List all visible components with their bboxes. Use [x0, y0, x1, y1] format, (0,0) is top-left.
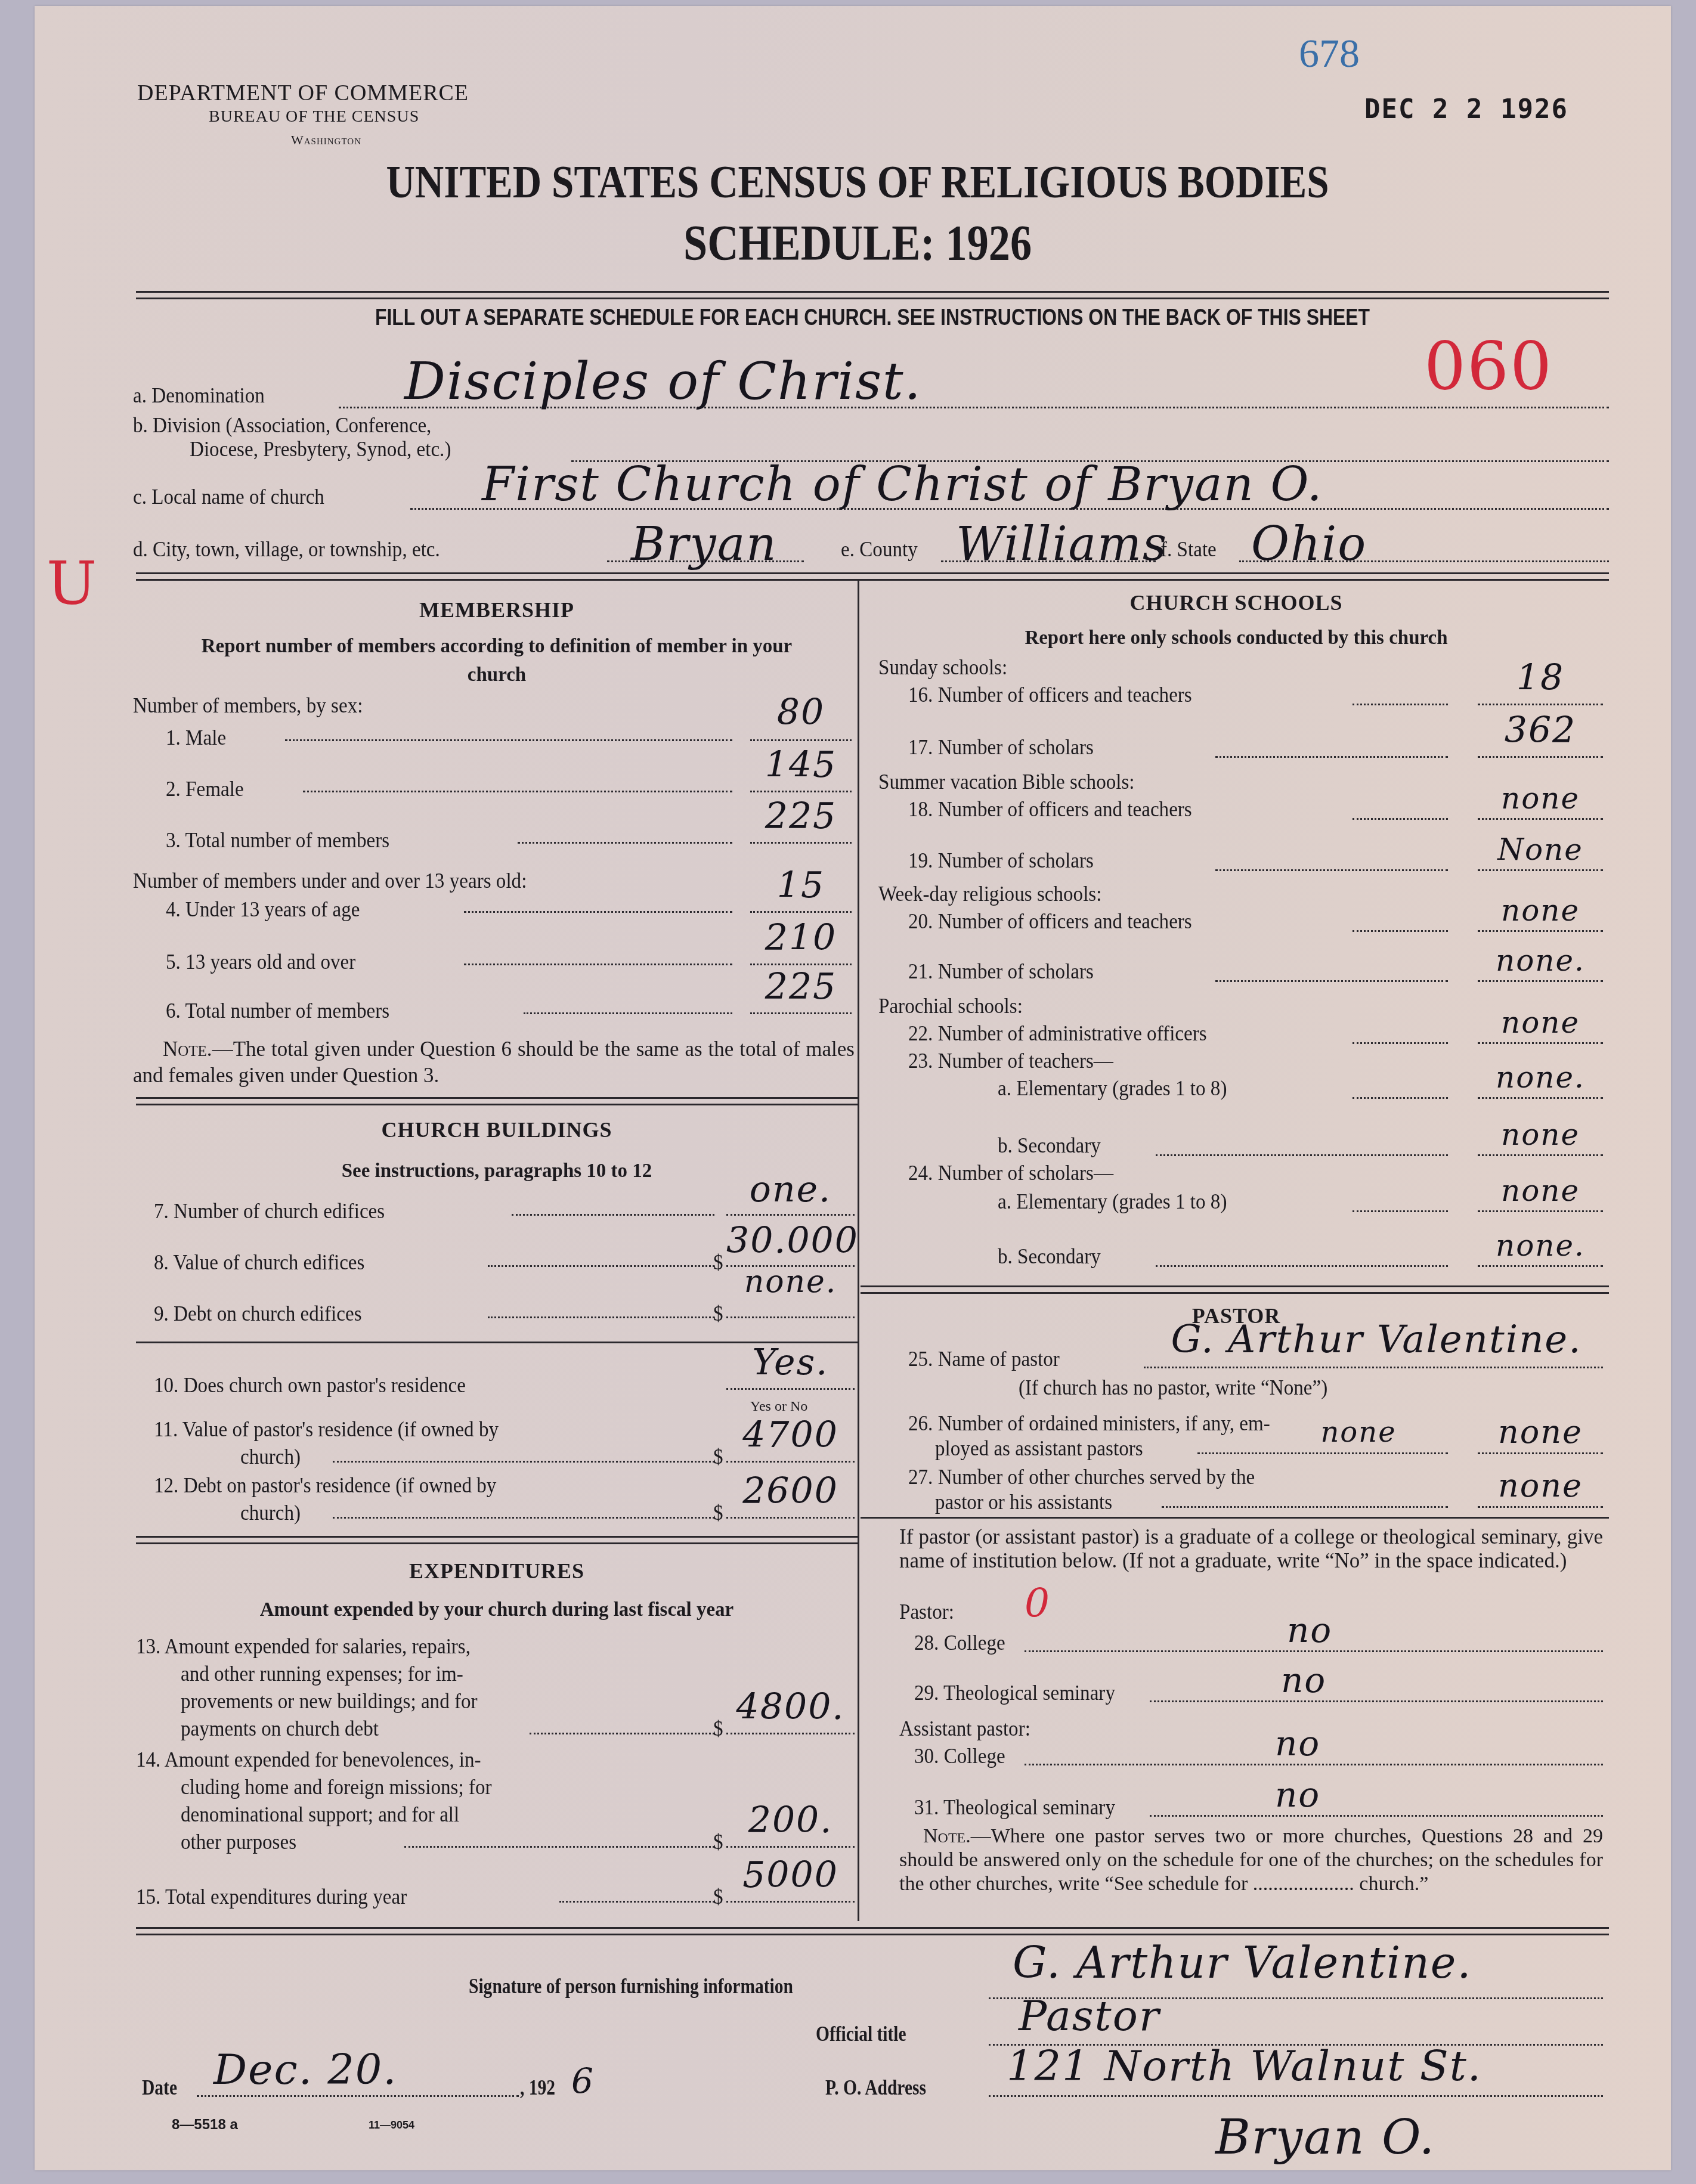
q23b-label: b. Secondary [998, 1133, 1101, 1158]
q11-currency: $ [713, 1444, 723, 1469]
q2-female-field[interactable]: 145 [750, 744, 852, 786]
q17-leader [1215, 756, 1448, 758]
q19-leader [1215, 869, 1448, 871]
q23a-line [1478, 1097, 1603, 1099]
q24b-leader [1156, 1265, 1448, 1267]
membership-note-lead: Note. [163, 1037, 212, 1061]
q26-field[interactable]: none [1478, 1413, 1603, 1451]
q15-total-field[interactable]: 5000 [726, 1854, 855, 1896]
q3-total-field[interactable]: 225 [750, 795, 852, 837]
q31-line [1150, 1815, 1603, 1817]
q5-13plus-field[interactable]: 210 [750, 917, 852, 959]
q4-leader [464, 911, 732, 913]
pastor-note: Note.—Where one pastor serves two or mor… [899, 1824, 1603, 1896]
header-divider [136, 291, 1609, 293]
expenditures-subtitle: Amount expended by your church during la… [136, 1596, 858, 1624]
q14-label-line3: denominational support; and for all [181, 1802, 459, 1827]
membership-subtitle: Report number of members according to de… [196, 632, 798, 689]
q1-male-label: 1. Male [166, 725, 226, 750]
q20-label: 20. Number of officers and teachers [908, 909, 1192, 934]
q20-leader [1353, 930, 1448, 932]
q15-line [726, 1901, 855, 1903]
q11-value-field[interactable]: 4700 [726, 1414, 855, 1456]
form-number: 8—5518 a [172, 2117, 238, 2133]
department-name: DEPARTMENT OF COMMERCE [137, 80, 469, 106]
q14-line [726, 1846, 855, 1848]
signature-field[interactable]: G. Arthur Valentine. [1013, 1938, 1472, 1988]
members-by-age-label: Number of members under and over 13 year… [133, 868, 527, 893]
q22-leader [1353, 1042, 1448, 1044]
q29-label: 29. Theological seminary [914, 1680, 1115, 1705]
q16-leader [1353, 704, 1448, 705]
q26-label-line2: ployed as assistant pastors [935, 1436, 1143, 1461]
q7-line [726, 1214, 855, 1216]
q1-male-field[interactable]: 80 [750, 692, 852, 733]
county-label: e. County [841, 537, 918, 562]
division-label-line2: Diocese, Presbytery, Synod, etc.) [190, 436, 451, 461]
education-intro: If pastor (or assistant pastor) is a gra… [899, 1525, 1603, 1573]
fill-out-instruction: FILL OUT A SEPARATE SCHEDULE FOR EACH CH… [254, 305, 1491, 331]
membership-divider [136, 1097, 858, 1099]
denomination-label: a. Denomination [133, 383, 265, 408]
q24b-field[interactable]: none. [1478, 1228, 1603, 1263]
q20-field[interactable]: none [1478, 893, 1603, 928]
q4-under13-field[interactable]: 15 [750, 865, 852, 906]
q2-female-label: 2. Female [166, 776, 244, 801]
date-line [197, 2095, 519, 2097]
signature-label: Signature of person furnishing informati… [469, 1974, 793, 1999]
state-label: f. State [1160, 537, 1217, 562]
q3-line [750, 842, 852, 844]
county-field[interactable]: Williams [956, 518, 1168, 571]
q2-line [750, 791, 852, 792]
q16-field[interactable]: 18 [1478, 657, 1603, 699]
print-code: 11—9054 [369, 2119, 414, 2132]
q17-line [1478, 756, 1603, 758]
q19-line [1478, 869, 1603, 871]
identification-divider [136, 572, 1609, 574]
q7-edifices-field[interactable]: one. [726, 1169, 855, 1210]
q1-leader [285, 739, 732, 741]
q29-field[interactable]: no [1281, 1660, 1326, 1700]
q13-leader [530, 1733, 714, 1734]
q11-line [726, 1461, 855, 1463]
q27-field[interactable]: none [1478, 1467, 1603, 1504]
church-buildings-title: CHURCH BUILDINGS [136, 1117, 858, 1142]
po-address-line1-field[interactable]: 121 North Walnut St. [1007, 2042, 1482, 2090]
q18-line [1478, 818, 1603, 820]
q24b-label: b. Secondary [998, 1244, 1101, 1269]
q8-value-label: 8. Value of church edifices [154, 1250, 364, 1275]
q18-label: 18. Number of officers and teachers [908, 797, 1192, 822]
q4-under13-label: 4. Under 13 years of age [166, 897, 360, 922]
q24a-field[interactable]: none [1478, 1173, 1603, 1208]
q8-leader [488, 1265, 714, 1267]
q10-yes-no-hint: Yes or No [750, 1399, 807, 1415]
q14-label-line2: cluding home and foreign missions; for [181, 1774, 492, 1799]
expenditures-title: EXPENDITURES [136, 1559, 858, 1584]
church-schools-title: CHURCH SCHOOLS [864, 590, 1609, 615]
q23b-field[interactable]: none [1478, 1117, 1603, 1152]
q25-pastor-name-field[interactable]: G. Arthur Valentine. [1150, 1318, 1603, 1362]
red-code-annotation: 060 [1424, 328, 1553, 404]
q2-leader [303, 791, 732, 792]
q11-label-line2: church) [240, 1444, 301, 1469]
q3-leader [518, 842, 732, 844]
pastor-note-lead: Note. [923, 1825, 971, 1847]
q26-leader [1197, 1452, 1448, 1454]
q23b-line [1478, 1154, 1603, 1156]
q21-label: 21. Number of scholars [908, 959, 1094, 984]
q12-currency: $ [713, 1500, 723, 1525]
q22-label: 22. Number of administrative officers [908, 1021, 1207, 1046]
q19-label: 19. Number of scholars [908, 848, 1094, 873]
q28-field[interactable]: no [1287, 1610, 1332, 1650]
schools-divider [861, 1285, 1609, 1287]
date-label: Date [142, 2075, 177, 2100]
q24-label: 24. Number of scholars— [908, 1160, 1113, 1185]
census-schedule-sheet: DEPARTMENT OF COMMERCE BUREAU OF THE CEN… [35, 6, 1671, 2170]
q13-label-line1: 13. Amount expended for salaries, repair… [136, 1634, 471, 1659]
file-number-stamp: 678 [1299, 30, 1360, 77]
q27-label-line2: pastor or his assistants [935, 1489, 1112, 1514]
q26-line [1478, 1452, 1603, 1454]
q19-field[interactable]: None [1478, 832, 1603, 867]
q4-line [750, 911, 852, 913]
q23a-field[interactable]: none. [1478, 1060, 1603, 1095]
q11-label-line1: 11. Value of pastor's residence (if owne… [154, 1417, 499, 1442]
q23a-leader [1353, 1097, 1448, 1099]
q9-currency: $ [713, 1301, 723, 1326]
q15-leader [559, 1901, 714, 1903]
q5-leader [464, 964, 732, 965]
po-address-line2-field[interactable]: Bryan O. [1215, 2109, 1435, 2165]
q29-line [1150, 1700, 1603, 1702]
q10-residence-label: 10. Does church own pastor's residence [154, 1373, 466, 1398]
q17-label: 17. Number of scholars [908, 735, 1094, 760]
red-tick-mark: 0 [1025, 1580, 1050, 1626]
bureau-name: BUREAU OF THE CENSUS [209, 107, 419, 126]
city-label: d. City, town, village, or township, etc… [133, 537, 440, 562]
summer-schools-label: Summer vacation Bible schools: [878, 769, 1135, 794]
q16-line [1478, 704, 1603, 705]
form-title: UNITED STATES CENSUS OF RELIGIOUS BODIES [242, 155, 1473, 209]
q14-leader [404, 1846, 714, 1848]
q27-line [1478, 1506, 1603, 1508]
parochial-schools-label: Parochial schools: [878, 993, 1023, 1018]
q28-label: 28. College [914, 1630, 1005, 1655]
q13-label-line4: payments on church debt [181, 1716, 379, 1741]
q24a-line [1478, 1210, 1603, 1212]
official-title-field[interactable]: Pastor [1019, 1991, 1160, 2040]
q22-field[interactable]: none [1478, 1005, 1603, 1040]
q10-line [726, 1388, 855, 1390]
membership-title: MEMBERSHIP [136, 597, 858, 622]
q13-line [726, 1733, 855, 1734]
q14-label-line1: 14. Amount expended for benevolences, in… [136, 1747, 481, 1772]
q24a-leader [1353, 1210, 1448, 1212]
q21-leader [1215, 980, 1448, 982]
q22-line [1478, 1042, 1603, 1044]
q31-field[interactable]: no [1275, 1774, 1320, 1815]
q23b-leader [1156, 1154, 1448, 1156]
q15-total-label: 15. Total expenditures during year [136, 1884, 407, 1909]
q12-leader [333, 1517, 714, 1519]
membership-note: Note.—The total given under Question 6 s… [133, 1036, 855, 1089]
q26-inline-annotation: none [1287, 1415, 1430, 1449]
city-field[interactable]: Bryan [631, 518, 777, 571]
q8-currency: $ [713, 1250, 723, 1275]
year-prefix: , 192 [520, 2075, 555, 2100]
q12-line [726, 1517, 855, 1519]
q6-total-field[interactable]: 225 [750, 966, 852, 1008]
q13-currency: $ [713, 1716, 723, 1741]
membership-note-text: —The total given under Question 6 should… [133, 1037, 855, 1087]
q18-leader [1353, 818, 1448, 820]
q6-line [750, 1012, 852, 1014]
q9-line [726, 1316, 855, 1318]
q9-debt-label: 9. Debt on church edifices [154, 1301, 362, 1326]
q21-line [1478, 980, 1603, 982]
pastor-mid-rule [861, 1517, 1609, 1519]
q24b-line [1478, 1265, 1603, 1267]
bureau-city: Washington [291, 132, 361, 148]
q9-debt-field[interactable]: none. [726, 1264, 855, 1300]
q26-label-line1: 26. Number of ordained ministers, if any… [908, 1411, 1270, 1436]
denomination-field[interactable]: Disciples of Christ. [404, 352, 922, 411]
q3-total-label: 3. Total number of members [166, 828, 389, 853]
received-date-stamp: DEC 2 2 1926 [1364, 94, 1568, 125]
margin-red-mark: U [47, 549, 98, 618]
q12-label-line2: church) [240, 1500, 301, 1525]
q6-leader [524, 1012, 732, 1014]
q13-label-line3: provements or new buildings; and for [181, 1689, 478, 1714]
q13-amount-field[interactable]: 4800. [726, 1686, 855, 1728]
q25-line [1144, 1367, 1603, 1368]
q11-leader [333, 1461, 714, 1463]
po-address-line [989, 2095, 1603, 2097]
q27-label-line1: 27. Number of other churches served by t… [908, 1464, 1255, 1489]
q15-currency: $ [713, 1884, 723, 1909]
q6-total-label: 6. Total number of members [166, 998, 389, 1023]
q25-label: 25. Name of pastor [908, 1346, 1060, 1371]
q7-edifices-label: 7. Number of church edifices [154, 1198, 385, 1223]
church-schools-subtitle: Report here only schools conducted by th… [864, 624, 1609, 652]
buildings-divider [136, 1536, 858, 1538]
q18-field[interactable]: none [1478, 781, 1603, 816]
local-name-field[interactable]: First Church of Christ of Bryan O. [482, 458, 1323, 512]
date-field[interactable]: Dec. 20. [213, 2045, 398, 2094]
year-suffix-field[interactable]: 6 [571, 2061, 595, 2101]
q20-line [1478, 930, 1603, 932]
q27-leader [1162, 1506, 1448, 1508]
q23-label: 23. Number of teachers— [908, 1048, 1113, 1073]
weekday-schools-label: Week-day religious schools: [878, 881, 1101, 906]
q13-label-line2: and other running expenses; for im- [181, 1661, 463, 1686]
q14-label-line4: other purposes [181, 1829, 296, 1854]
state-field[interactable]: Ohio [1251, 518, 1367, 571]
members-by-sex-label: Number of members, by sex: [133, 693, 363, 718]
q14-currency: $ [713, 1829, 723, 1854]
q9-leader [488, 1316, 714, 1318]
q30-field[interactable]: no [1275, 1723, 1320, 1764]
q25-hint: (If church has no pastor, write “None”) [1019, 1375, 1327, 1400]
q7-leader [512, 1214, 714, 1216]
q12-label-line1: 12. Debt on pastor's residence (if owned… [154, 1473, 496, 1498]
q28-line [1025, 1650, 1603, 1652]
footer-divider [136, 1927, 1609, 1929]
q23a-label: a. Elementary (grades 1 to 8) [998, 1076, 1227, 1101]
q31-label: 31. Theological seminary [914, 1795, 1115, 1820]
po-address-label: P. O. Address [825, 2075, 926, 2100]
q21-field[interactable]: none. [1478, 943, 1603, 978]
form-subtitle: SCHEDULE: 1926 [242, 215, 1473, 272]
pastor-education-label: Pastor: [899, 1599, 954, 1624]
q10-residence-field[interactable]: Yes. [726, 1342, 855, 1383]
q16-label: 16. Number of officers and teachers [908, 682, 1192, 707]
q17-field[interactable]: 362 [1478, 710, 1603, 751]
division-label-line1: b. Division (Association, Conference, [133, 413, 431, 438]
q30-line [1025, 1764, 1603, 1765]
official-title-label: Official title [816, 2021, 906, 2046]
q5-line [750, 964, 852, 965]
sunday-schools-label: Sunday schools: [878, 655, 1007, 680]
q14-amount-field[interactable]: 200. [726, 1799, 855, 1841]
q12-debt-field[interactable]: 2600 [726, 1470, 855, 1512]
assistant-education-label: Assistant pastor: [899, 1716, 1030, 1741]
q1-line [750, 739, 852, 741]
q30-label: 30. College [914, 1743, 1005, 1768]
pastor-note-text: —Where one pastor serves two or more chu… [899, 1825, 1603, 1895]
q5-13plus-label: 5. 13 years old and over [166, 949, 355, 974]
q8-value-field[interactable]: 30.000 [726, 1220, 855, 1262]
q24a-label: a. Elementary (grades 1 to 8) [998, 1189, 1227, 1214]
local-name-label: c. Local name of church [133, 484, 324, 509]
